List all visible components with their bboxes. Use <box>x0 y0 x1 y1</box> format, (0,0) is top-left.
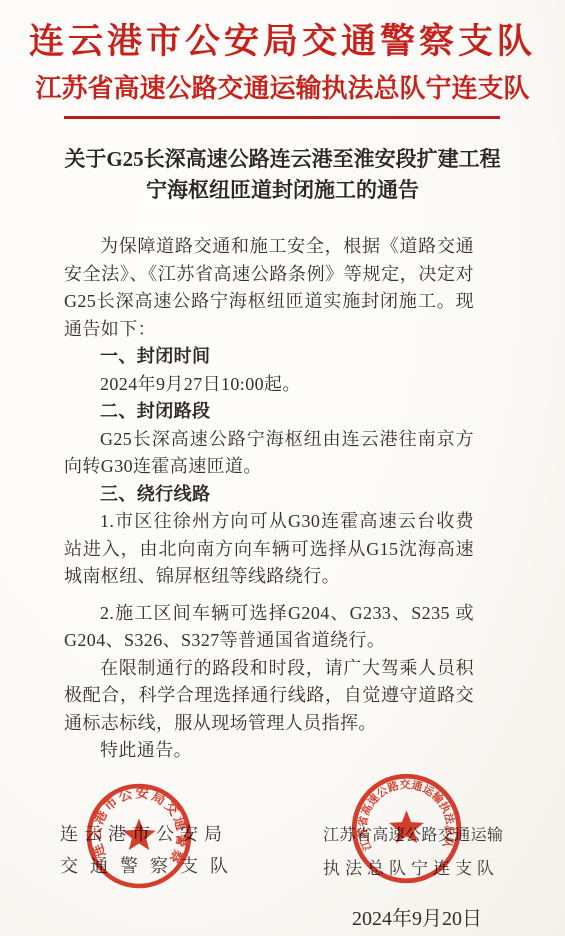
notice-title-line2: 宁海枢纽匝道封闭施工的通告 <box>40 175 525 206</box>
seal-graphic: 江苏省高速公路交通运输执法总队宁连支队 <box>349 771 464 886</box>
body-paragraph: 2.施工区间车辆可选择G204、G233、S235 或G204、S326、S32… <box>64 600 474 655</box>
section-heading: 一、封闭时间 <box>64 343 474 371</box>
body-paragraph: 在限制通行的路段和时段，请广大驾乘人员积极配合，科学合理选择通行线路，自觉遵守道… <box>64 655 474 738</box>
seal-ring-text: 江苏省高速公路交通运输执法总队宁连支队 <box>349 771 458 854</box>
body-paragraph: 为保障道路交通和施工安全，根据《道路交通安全法》、《江苏省高速公路条例》等规定，… <box>64 233 474 343</box>
section-heading: 二、封闭路段 <box>64 398 474 426</box>
notice-document: 连云港市公安局交通警察支队 江苏省高速公路交通运输执法总队宁连支队 关于G25长… <box>0 0 565 936</box>
notice-body: 为保障道路交通和施工安全，根据《道路交通安全法》、《江苏省高速公路条例》等规定，… <box>64 233 474 765</box>
header-divider <box>64 116 500 119</box>
issuing-org-secondary: 江苏省高速公路交通运输执法总队宁连支队 <box>0 68 565 105</box>
notice-title: 关于G25长深高速公路连云港至淮安段扩建工程 宁海枢纽匝道封闭施工的通告 <box>40 144 525 206</box>
body-paragraph: 2024年9月27日10:00起。 <box>64 371 474 399</box>
issue-date: 2024年9月20日 <box>352 902 482 931</box>
section-heading: 三、绕行线路 <box>64 481 474 509</box>
issuing-org-primary: 连云港市公安局交通警察支队 <box>0 14 565 64</box>
seal-star-icon <box>389 810 424 843</box>
seal-star-icon <box>122 819 155 851</box>
body-paragraph: 特此通告。 <box>64 737 474 765</box>
body-paragraph: 1.市区往徐州方向可从G30连霍高速云台收费站进入，由北向南方向车辆可选择从G1… <box>64 508 474 591</box>
body-paragraph: G25长深高速公路宁海枢纽由连云港往南京方向转G30连霍高速匝道。 <box>64 426 474 481</box>
official-seal-right: 江苏省高速公路交通运输执法总队宁连支队 <box>349 771 464 886</box>
notice-title-line1: 关于G25长深高速公路连云港至淮安段扩建工程 <box>40 144 525 175</box>
official-seal-left: 连云港市公安局交通警察支队 <box>84 781 194 891</box>
seal-graphic: 连云港市公安局交通警察支队 <box>84 781 194 891</box>
